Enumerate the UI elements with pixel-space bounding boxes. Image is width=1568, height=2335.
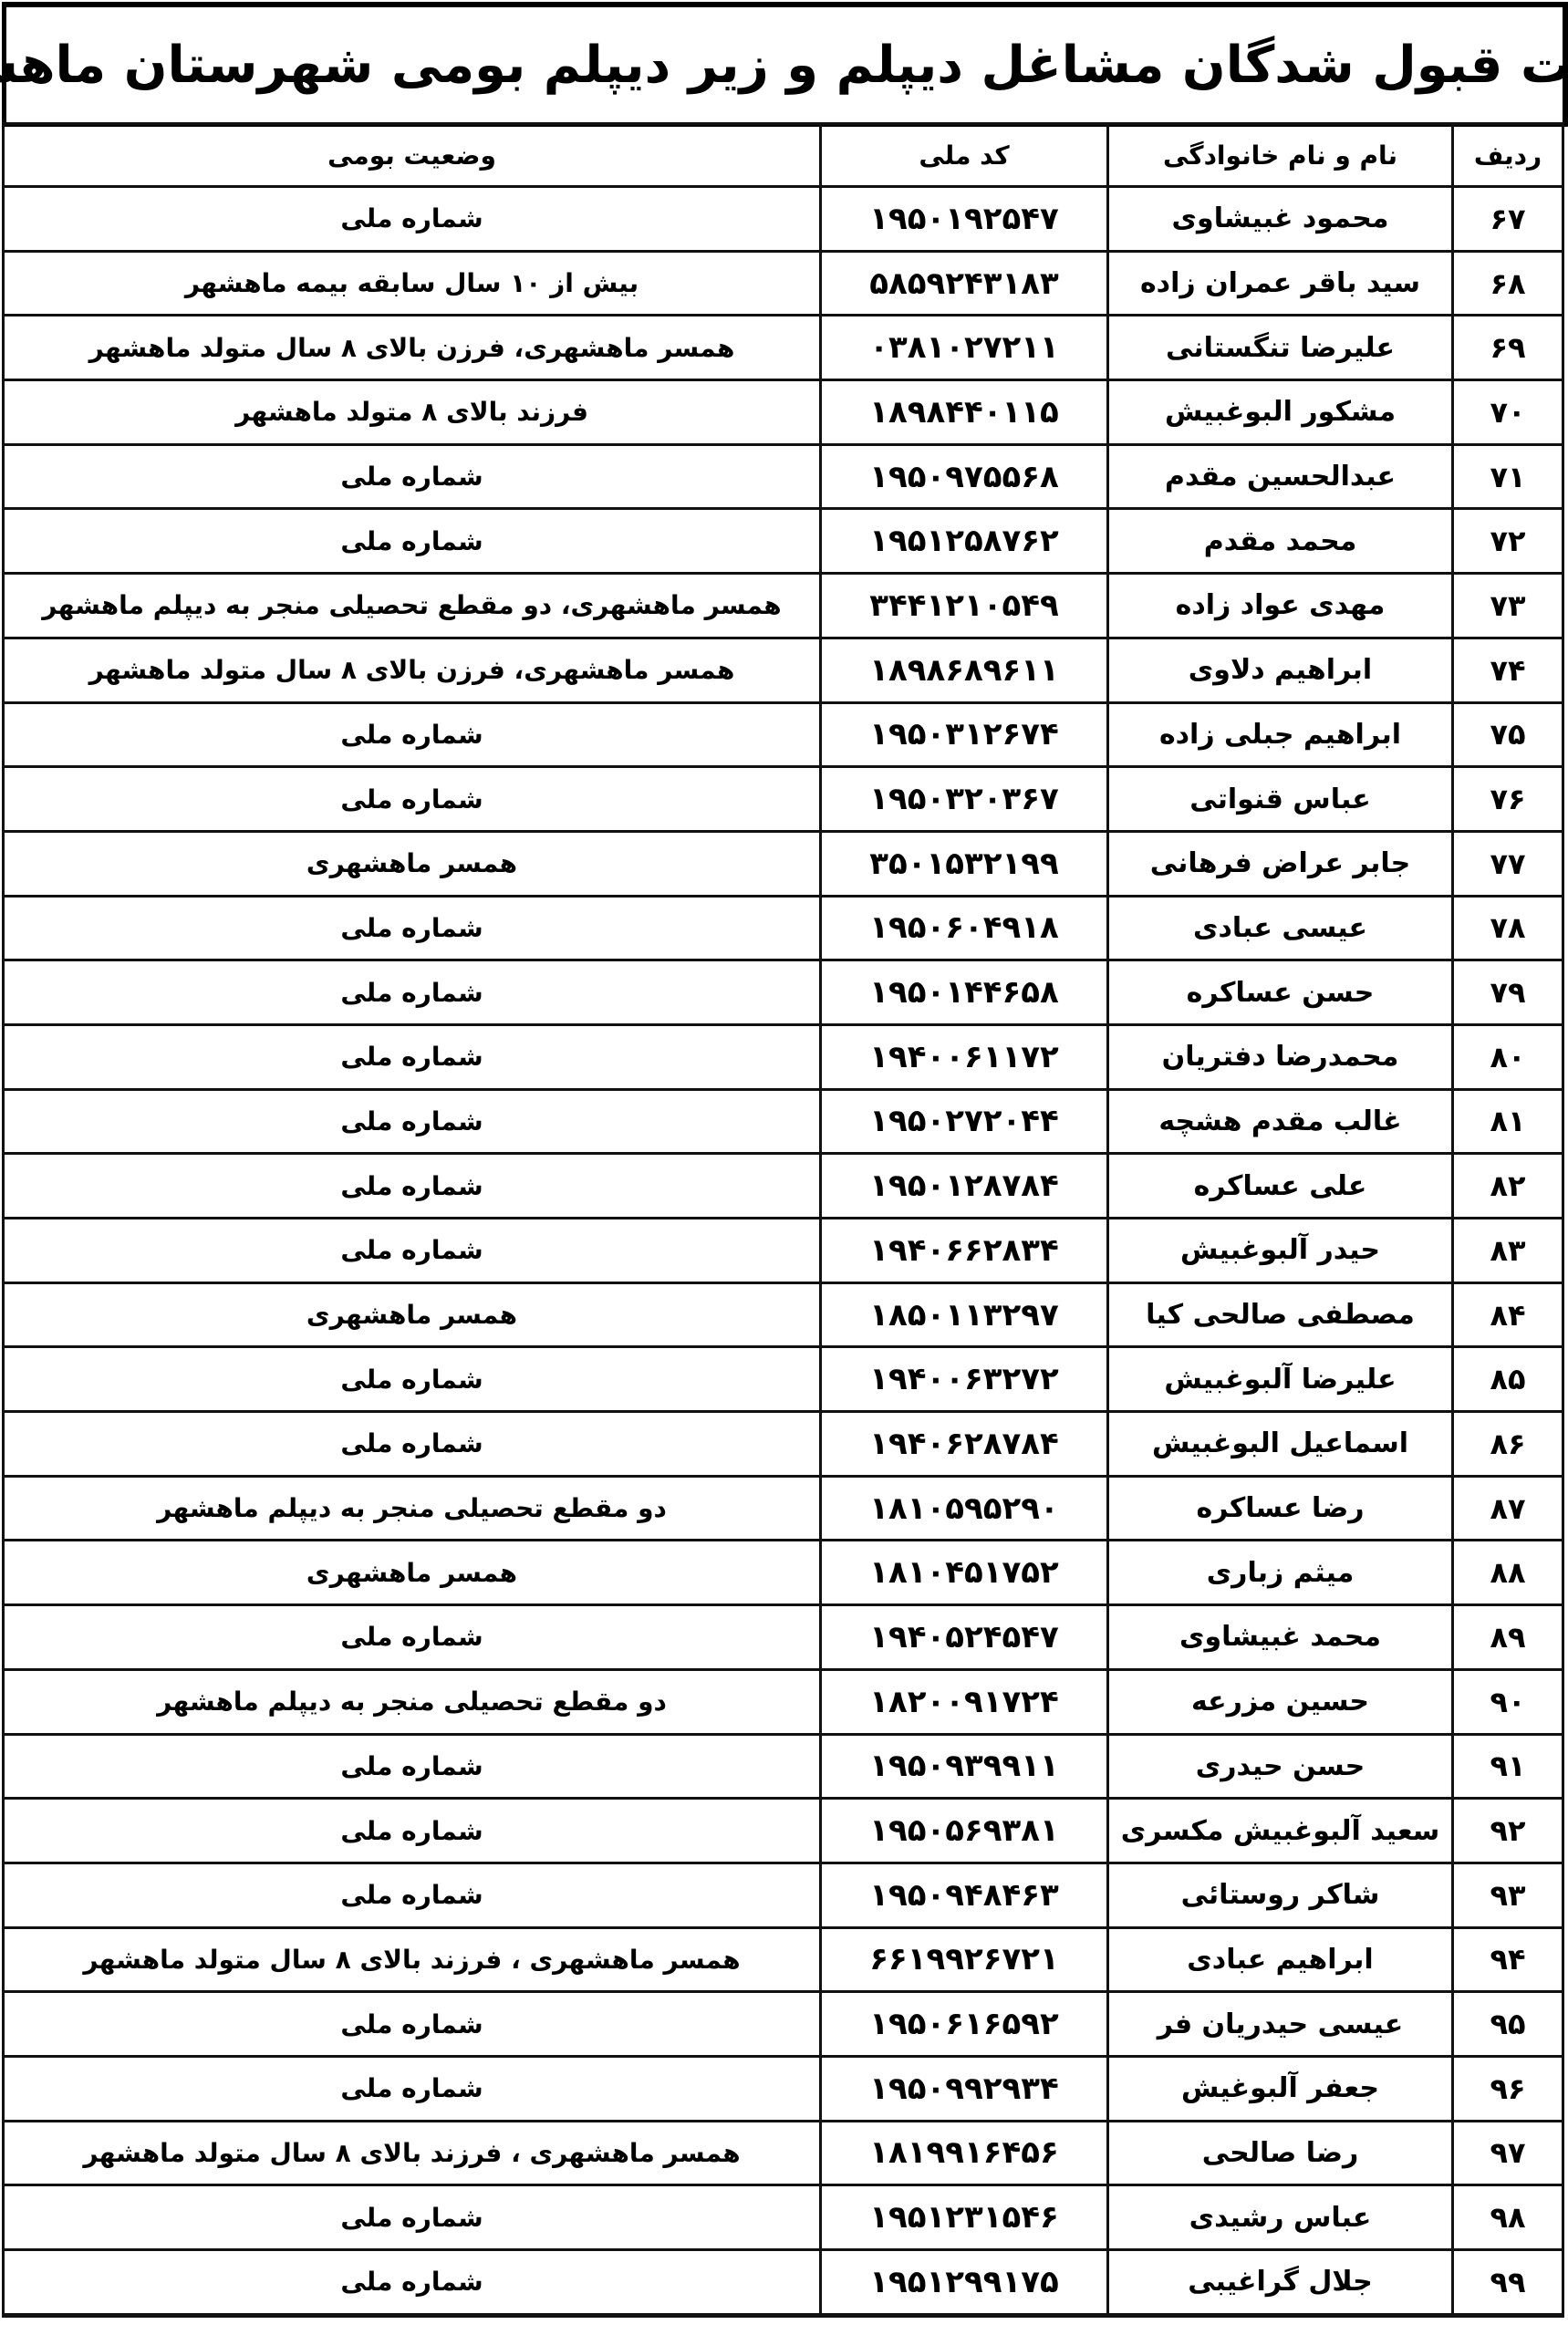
cell-row-number: ۹۱ bbox=[1453, 1734, 1563, 1799]
table-row: ۷۱عبدالحسین مقدم۱۹۵۰۹۷۵۵۶۸شماره ملی bbox=[4, 444, 1563, 509]
cell-full-name: حسن عساکره bbox=[1108, 960, 1453, 1025]
cell-full-name: مشکور البوغبیش bbox=[1108, 380, 1453, 445]
table-row: ۹۹جلال گراغیبی۱۹۵۱۲۹۹۱۷۵شماره ملی bbox=[4, 2250, 1563, 2316]
cell-native-status: شماره ملی bbox=[4, 1734, 821, 1799]
table-row: ۷۰مشکور البوغبیش۱۸۹۸۴۴۰۱۱۵فرزند بالای ۸ … bbox=[4, 380, 1563, 445]
cell-national-code: ۱۹۴۰۰۶۱۱۷۲ bbox=[821, 1024, 1108, 1089]
cell-row-number: ۹۷ bbox=[1453, 2121, 1563, 2185]
cell-full-name: محمد غبیشاوی bbox=[1108, 1605, 1453, 1670]
table-row: ۹۱حسن حیدری۱۹۵۰۹۳۹۹۱۱شماره ملی bbox=[4, 1734, 1563, 1799]
cell-national-code: ۱۸۲۰۰۹۱۷۲۴ bbox=[821, 1669, 1108, 1734]
cell-native-status: همسر ماهشهری bbox=[4, 1282, 821, 1347]
cell-full-name: مهدی عواد زاده bbox=[1108, 574, 1453, 638]
cell-national-code: ۱۸۹۸۴۴۰۱۱۵ bbox=[821, 380, 1108, 445]
cell-full-name: رضا صالحی bbox=[1108, 2121, 1453, 2185]
cell-full-name: عباس رشیدی bbox=[1108, 2185, 1453, 2250]
cell-native-status: دو مقطع تحصیلی منجر به دیپلم ماهشهر bbox=[4, 1669, 821, 1734]
cell-row-number: ۶۷ bbox=[1453, 187, 1563, 252]
cell-native-status: شماره ملی bbox=[4, 1089, 821, 1154]
cell-national-code: ۱۹۵۰۱۲۸۷۸۴ bbox=[821, 1154, 1108, 1219]
cell-full-name: سید باقر عمران زاده bbox=[1108, 251, 1453, 316]
cell-full-name: حسن حیدری bbox=[1108, 1734, 1453, 1799]
table-row: ۹۴ابراهیم عبادی۶۶۱۹۹۲۶۷۲۱همسر ماهشهری ، … bbox=[4, 1927, 1563, 1992]
cell-national-code: ۶۶۱۹۹۲۶۷۲۱ bbox=[821, 1927, 1108, 1992]
cell-national-code: ۱۹۵۰۲۷۲۰۴۴ bbox=[821, 1089, 1108, 1154]
cell-native-status: همسر ماهشهری ، فرزند بالای ۸ سال متولد م… bbox=[4, 1927, 821, 1992]
cell-row-number: ۸۷ bbox=[1453, 1476, 1563, 1541]
table-row: ۷۹حسن عساکره۱۹۵۰۱۴۴۶۵۸شماره ملی bbox=[4, 960, 1563, 1025]
cell-full-name: شاکر روستائی bbox=[1108, 1863, 1453, 1927]
cell-national-code: ۱۹۵۰۹۳۹۹۱۱ bbox=[821, 1734, 1108, 1799]
cell-national-code: ۱۹۵۰۹۷۵۵۶۸ bbox=[821, 444, 1108, 509]
cell-row-number: ۸۱ bbox=[1453, 1089, 1563, 1154]
cell-row-number: ۹۵ bbox=[1453, 1992, 1563, 2057]
cell-native-status: همسر ماهشهری، فرزن بالای ۸ سال متولد ماه… bbox=[4, 638, 821, 702]
cell-native-status: شماره ملی bbox=[4, 767, 821, 832]
cell-row-number: ۸۶ bbox=[1453, 1412, 1563, 1477]
cell-full-name: جلال گراغیبی bbox=[1108, 2250, 1453, 2316]
cell-national-code: ۱۹۴۰۰۶۳۲۷۲ bbox=[821, 1347, 1108, 1412]
table-row: ۹۷رضا صالحی۱۸۱۹۹۱۶۴۵۶همسر ماهشهری ، فرزن… bbox=[4, 2121, 1563, 2185]
cell-row-number: ۷۴ bbox=[1453, 638, 1563, 702]
cell-native-status: فرزند بالای ۸ متولد ماهشهر bbox=[4, 380, 821, 445]
cell-national-code: ۱۹۵۰۶۱۶۵۹۲ bbox=[821, 1992, 1108, 2057]
cell-native-status: دو مقطع تحصیلی منجر به دیپلم ماهشهر bbox=[4, 1476, 821, 1541]
cell-row-number: ۶۹ bbox=[1453, 316, 1563, 380]
table-row: ۸۲علی عساکره۱۹۵۰۱۲۸۷۸۴شماره ملی bbox=[4, 1154, 1563, 1219]
table-row: ۷۸عیسی عبادی۱۹۵۰۶۰۴۹۱۸شماره ملی bbox=[4, 896, 1563, 960]
cell-national-code: ۱۹۵۰۱۹۲۵۴۷ bbox=[821, 187, 1108, 252]
accepted-list-table: ردیف نام و نام خانوادگی کد ملی وضعیت بوم… bbox=[2, 122, 1564, 2318]
cell-national-code: ۵۸۵۹۲۴۳۱۸۳ bbox=[821, 251, 1108, 316]
cell-full-name: ابراهیم جبلی زاده bbox=[1108, 702, 1453, 767]
cell-national-code: ۱۹۵۱۲۳۱۵۴۶ bbox=[821, 2185, 1108, 2250]
cell-national-code: ۱۹۴۰۶۲۸۷۸۴ bbox=[821, 1412, 1108, 1477]
cell-native-status: شماره ملی bbox=[4, 896, 821, 960]
cell-full-name: عیسی حیدریان فر bbox=[1108, 1992, 1453, 2057]
cell-full-name: میثم زباری bbox=[1108, 1541, 1453, 1605]
cell-row-number: ۹۳ bbox=[1453, 1863, 1563, 1927]
table-row: ۷۳مهدی عواد زاده۳۴۴۱۲۱۰۵۴۹همسر ماهشهری، … bbox=[4, 574, 1563, 638]
table-row: ۸۰محمدرضا دفتریان۱۹۴۰۰۶۱۱۷۲شماره ملی bbox=[4, 1024, 1563, 1089]
cell-row-number: ۷۹ bbox=[1453, 960, 1563, 1025]
table-row: ۸۴مصطفی صالحی کیا۱۸۵۰۱۱۳۲۹۷همسر ماهشهری bbox=[4, 1282, 1563, 1347]
cell-full-name: علیرضا آلبوغبیش bbox=[1108, 1347, 1453, 1412]
cell-native-status: شماره ملی bbox=[4, 1412, 821, 1477]
cell-national-code: ۱۸۱۰۴۵۱۷۵۲ bbox=[821, 1541, 1108, 1605]
cell-native-status: همسر ماهشهری، دو مقطع تحصیلی منجر به دیپ… bbox=[4, 574, 821, 638]
table-row: ۸۷رضا عساکره۱۸۱۰۵۹۵۲۹۰دو مقطع تحصیلی منج… bbox=[4, 1476, 1563, 1541]
table-row: ۷۷جابر عراض فرهانی۳۵۰۱۵۳۲۱۹۹همسر ماهشهری bbox=[4, 831, 1563, 896]
cell-row-number: ۷۱ bbox=[1453, 444, 1563, 509]
cell-native-status: شماره ملی bbox=[4, 2185, 821, 2250]
cell-national-code: ۱۹۵۰۱۴۴۶۵۸ bbox=[821, 960, 1108, 1025]
cell-native-status: شماره ملی bbox=[4, 1863, 821, 1927]
cell-full-name: ابراهیم عبادی bbox=[1108, 1927, 1453, 1992]
cell-national-code: ۰۳۸۱۰۲۷۲۱۱ bbox=[821, 316, 1108, 380]
cell-full-name: اسماعیل البوغبیش bbox=[1108, 1412, 1453, 1477]
header-full-name: نام و نام خانوادگی bbox=[1108, 124, 1453, 187]
cell-row-number: ۶۸ bbox=[1453, 251, 1563, 316]
table-row: ۸۸میثم زباری۱۸۱۰۴۵۱۷۵۲همسر ماهشهری bbox=[4, 1541, 1563, 1605]
cell-national-code: ۳۴۴۱۲۱۰۵۴۹ bbox=[821, 574, 1108, 638]
cell-row-number: ۹۲ bbox=[1453, 1799, 1563, 1863]
cell-row-number: ۹۴ bbox=[1453, 1927, 1563, 1992]
cell-national-code: ۱۹۵۰۹۹۲۹۳۴ bbox=[821, 2056, 1108, 2121]
cell-row-number: ۷۶ bbox=[1453, 767, 1563, 832]
document-title: لیست قبول شدگان مشاغل دیپلم و زیر دیپلم … bbox=[0, 36, 1568, 95]
cell-row-number: ۸۳ bbox=[1453, 1219, 1563, 1283]
table-row: ۷۴ابراهیم دلاوی۱۸۹۸۶۸۹۶۱۱همسر ماهشهری، ف… bbox=[4, 638, 1563, 702]
table-row: ۹۵عیسی حیدریان فر۱۹۵۰۶۱۶۵۹۲شماره ملی bbox=[4, 1992, 1563, 2057]
table-header-row: ردیف نام و نام خانوادگی کد ملی وضعیت بوم… bbox=[4, 124, 1563, 187]
cell-row-number: ۷۲ bbox=[1453, 509, 1563, 574]
cell-national-code: ۳۵۰۱۵۳۲۱۹۹ bbox=[821, 831, 1108, 896]
cell-native-status: همسر ماهشهری bbox=[4, 831, 821, 896]
cell-full-name: ابراهیم دلاوی bbox=[1108, 638, 1453, 702]
cell-native-status: شماره ملی bbox=[4, 1024, 821, 1089]
cell-full-name: عباس قنواتی bbox=[1108, 767, 1453, 832]
cell-national-code: ۱۹۵۰۶۰۴۹۱۸ bbox=[821, 896, 1108, 960]
cell-national-code: ۱۹۵۰۵۶۹۳۸۱ bbox=[821, 1799, 1108, 1863]
cell-native-status: شماره ملی bbox=[4, 187, 821, 252]
table-row: ۷۲محمد مقدم۱۹۵۱۲۵۸۷۶۲شماره ملی bbox=[4, 509, 1563, 574]
table-row: ۸۶اسماعیل البوغبیش۱۹۴۰۶۲۸۷۸۴شماره ملی bbox=[4, 1412, 1563, 1477]
cell-full-name: غالب مقدم هشچه bbox=[1108, 1089, 1453, 1154]
cell-national-code: ۱۹۴۰۶۶۲۸۳۴ bbox=[821, 1219, 1108, 1283]
cell-row-number: ۷۳ bbox=[1453, 574, 1563, 638]
cell-full-name: محمود غبیشاوی bbox=[1108, 187, 1453, 252]
cell-native-status: شماره ملی bbox=[4, 1799, 821, 1863]
header-national-code: کد ملی bbox=[821, 124, 1108, 187]
cell-native-status: شماره ملی bbox=[4, 444, 821, 509]
cell-national-code: ۱۸۹۸۶۸۹۶۱۱ bbox=[821, 638, 1108, 702]
table-row: ۹۶جعفر آلبوغیش۱۹۵۰۹۹۲۹۳۴شماره ملی bbox=[4, 2056, 1563, 2121]
cell-row-number: ۸۸ bbox=[1453, 1541, 1563, 1605]
cell-row-number: ۹۹ bbox=[1453, 2250, 1563, 2316]
cell-national-code: ۱۹۴۰۵۲۴۵۴۷ bbox=[821, 1605, 1108, 1670]
cell-row-number: ۷۵ bbox=[1453, 702, 1563, 767]
cell-row-number: ۸۴ bbox=[1453, 1282, 1563, 1347]
table-row: ۸۳حیدر آلبوغبیش۱۹۴۰۶۶۲۸۳۴شماره ملی bbox=[4, 1219, 1563, 1283]
cell-full-name: مصطفی صالحی کیا bbox=[1108, 1282, 1453, 1347]
cell-row-number: ۹۶ bbox=[1453, 2056, 1563, 2121]
cell-national-code: ۱۸۱۰۵۹۵۲۹۰ bbox=[821, 1476, 1108, 1541]
cell-full-name: جابر عراض فرهانی bbox=[1108, 831, 1453, 896]
table-row: ۶۸سید باقر عمران زاده۵۸۵۹۲۴۳۱۸۳بیش از ۱۰… bbox=[4, 251, 1563, 316]
cell-native-status: شماره ملی bbox=[4, 702, 821, 767]
table-row: ۶۹علیرضا تنگستانی۰۳۸۱۰۲۷۲۱۱همسر ماهشهری،… bbox=[4, 316, 1563, 380]
cell-national-code: ۱۹۵۱۲۹۹۱۷۵ bbox=[821, 2250, 1108, 2316]
cell-national-code: ۱۹۵۰۳۱۲۶۷۴ bbox=[821, 702, 1108, 767]
table-row: ۷۶عباس قنواتی۱۹۵۰۳۲۰۳۶۷شماره ملی bbox=[4, 767, 1563, 832]
table-row: ۹۳شاکر روستائی۱۹۵۰۹۴۸۴۶۳شماره ملی bbox=[4, 1863, 1563, 1927]
cell-national-code: ۱۹۵۰۳۲۰۳۶۷ bbox=[821, 767, 1108, 832]
cell-full-name: حیدر آلبوغبیش bbox=[1108, 1219, 1453, 1283]
cell-full-name: حسین مزرعه bbox=[1108, 1669, 1453, 1734]
cell-native-status: همسر ماهشهری ، فرزند بالای ۸ سال متولد م… bbox=[4, 2121, 821, 2185]
cell-native-status: شماره ملی bbox=[4, 1347, 821, 1412]
cell-native-status: شماره ملی bbox=[4, 509, 821, 574]
cell-native-status: شماره ملی bbox=[4, 960, 821, 1025]
cell-full-name: علی عساکره bbox=[1108, 1154, 1453, 1219]
header-row-number: ردیف bbox=[1453, 124, 1563, 187]
cell-row-number: ۷۷ bbox=[1453, 831, 1563, 896]
cell-full-name: محمدرضا دفتریان bbox=[1108, 1024, 1453, 1089]
table-row: ۸۱غالب مقدم هشچه۱۹۵۰۲۷۲۰۴۴شماره ملی bbox=[4, 1089, 1563, 1154]
cell-native-status: شماره ملی bbox=[4, 1154, 821, 1219]
cell-full-name: محمد مقدم bbox=[1108, 509, 1453, 574]
cell-national-code: ۱۸۱۹۹۱۶۴۵۶ bbox=[821, 2121, 1108, 2185]
cell-native-status: همسر ماهشهری bbox=[4, 1541, 821, 1605]
cell-native-status: بیش از ۱۰ سال سابقه بیمه ماهشهر bbox=[4, 251, 821, 316]
cell-national-code: ۱۸۵۰۱۱۳۲۹۷ bbox=[821, 1282, 1108, 1347]
cell-full-name: سعید آلبوغبیش مکسری bbox=[1108, 1799, 1453, 1863]
cell-full-name: عیسی عبادی bbox=[1108, 896, 1453, 960]
cell-row-number: ۸۵ bbox=[1453, 1347, 1563, 1412]
table-row: ۹۸عباس رشیدی۱۹۵۱۲۳۱۵۴۶شماره ملی bbox=[4, 2185, 1563, 2250]
table-row: ۸۹محمد غبیشاوی۱۹۴۰۵۲۴۵۴۷شماره ملی bbox=[4, 1605, 1563, 1670]
cell-native-status: شماره ملی bbox=[4, 1992, 821, 2057]
cell-native-status: شماره ملی bbox=[4, 2056, 821, 2121]
cell-native-status: شماره ملی bbox=[4, 2250, 821, 2316]
cell-row-number: ۷۸ bbox=[1453, 896, 1563, 960]
cell-national-code: ۱۹۵۱۲۵۸۷۶۲ bbox=[821, 509, 1108, 574]
cell-full-name: رضا عساکره bbox=[1108, 1476, 1453, 1541]
cell-native-status: شماره ملی bbox=[4, 1219, 821, 1283]
cell-row-number: ۸۲ bbox=[1453, 1154, 1563, 1219]
cell-full-name: علیرضا تنگستانی bbox=[1108, 316, 1453, 380]
table-row: ۶۷محمود غبیشاوی۱۹۵۰۱۹۲۵۴۷شماره ملی bbox=[4, 187, 1563, 252]
cell-native-status: همسر ماهشهری، فرزن بالای ۸ سال متولد ماه… bbox=[4, 316, 821, 380]
cell-row-number: ۸۹ bbox=[1453, 1605, 1563, 1670]
cell-full-name: جعفر آلبوغیش bbox=[1108, 2056, 1453, 2121]
table-row: ۸۵علیرضا آلبوغبیش۱۹۴۰۰۶۳۲۷۲شماره ملی bbox=[4, 1347, 1563, 1412]
cell-row-number: ۹۸ bbox=[1453, 2185, 1563, 2250]
header-native-status: وضعیت بومی bbox=[4, 124, 821, 187]
cell-row-number: ۸۰ bbox=[1453, 1024, 1563, 1089]
cell-row-number: ۷۰ bbox=[1453, 380, 1563, 445]
cell-native-status: شماره ملی bbox=[4, 1605, 821, 1670]
cell-full-name: عبدالحسین مقدم bbox=[1108, 444, 1453, 509]
table-row: ۹۰حسین مزرعه۱۸۲۰۰۹۱۷۲۴دو مقطع تحصیلی منج… bbox=[4, 1669, 1563, 1734]
cell-national-code: ۱۹۵۰۹۴۸۴۶۳ bbox=[821, 1863, 1108, 1927]
document-title-box: لیست قبول شدگان مشاغل دیپلم و زیر دیپلم … bbox=[2, 2, 1568, 127]
table-row: ۹۲سعید آلبوغبیش مکسری۱۹۵۰۵۶۹۳۸۱شماره ملی bbox=[4, 1799, 1563, 1863]
cell-row-number: ۹۰ bbox=[1453, 1669, 1563, 1734]
table-row: ۷۵ابراهیم جبلی زاده۱۹۵۰۳۱۲۶۷۴شماره ملی bbox=[4, 702, 1563, 767]
table-body: ۶۷محمود غبیشاوی۱۹۵۰۱۹۲۵۴۷شماره ملی۶۸سید … bbox=[4, 187, 1563, 2316]
